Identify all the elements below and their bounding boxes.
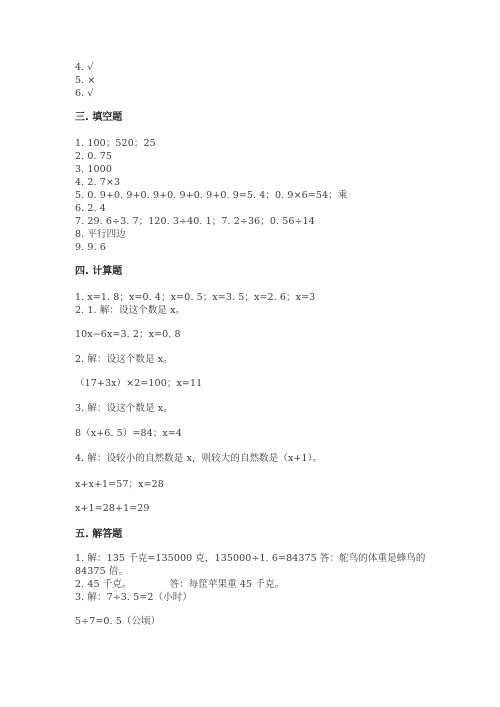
calc-line-3: 10x−6x=3. 2；x=0. 8	[75, 328, 181, 341]
fill-answer-3: 3. 1000	[75, 163, 112, 176]
word-problem-line-2: 84375 倍。	[75, 565, 128, 578]
calc-line-8: 4. 解：设较小的自然数是 x，则较大的自然数是（x+1）。	[75, 452, 322, 465]
calc-line-6: 3. 解：设这个数是 x。	[75, 402, 173, 415]
judgement-answer-6: 6. √	[75, 87, 94, 100]
calc-line-2: 2. 1. 解：设这个数是 x。	[75, 304, 185, 317]
fill-answer-9: 9. 9. 6	[75, 241, 106, 254]
section-heading-word-problems: 五. 解答题	[75, 528, 122, 541]
word-problem-2-answer: 2. 45 千克。	[75, 579, 132, 590]
calc-line-7: 8（x+6. 5）=84；x=4	[75, 427, 182, 440]
fill-answer-8: 8. 平行四边	[75, 228, 126, 241]
section-heading-calculation: 四. 计算题	[75, 265, 122, 278]
calc-line-1: 1. x=1. 8；x=0. 4；x=0. 5；x=3. 5；x=2. 6；x=…	[75, 291, 315, 304]
fill-answer-5: 5. 0. 9+0. 9+0. 9+0. 9+0. 9+0. 9=5. 4；0.…	[75, 189, 347, 202]
judgement-answer-4: 4. √	[75, 61, 94, 74]
section-heading-fill-blanks: 三. 填空题	[75, 111, 122, 124]
word-problem-line-4: 3. 解：7÷3. 5=2（小时）	[75, 591, 192, 604]
calc-line-4: 2. 解：设这个数是 x。	[75, 353, 173, 366]
fill-answer-7: 7. 29. 6÷3. 7；120. 3÷40. 1；7. 2÷36；0. 56…	[75, 215, 315, 228]
fill-answer-1: 1. 100；520；25	[75, 137, 156, 150]
answer-key-page: 4. √ 5. × 6. √ 三. 填空题 1. 100；520；25 2. 0…	[0, 0, 500, 707]
word-problem-line-5: 5÷7=0. 5（公顷）	[75, 615, 160, 628]
word-problem-2-conclusion: 答：每筐苹果重 45 千克。	[170, 579, 285, 590]
calc-line-9: x+x+1=57；x=28	[75, 478, 164, 491]
calc-line-10: x+1=28+1=29	[75, 502, 150, 515]
fill-answer-6: 6. 2. 4	[75, 202, 106, 215]
word-problem-line-1: 1. 解：135 千克=135000 克，135000÷1. 6=84375 答…	[75, 552, 426, 565]
fill-answer-2: 2. 0. 75	[75, 150, 112, 163]
fill-answer-4: 4. 2. 7×3	[75, 176, 120, 189]
word-problem-line-3: 2. 45 千克。答：每筐苹果重 45 千克。	[75, 578, 284, 591]
calc-line-5: （17+3x）×2=100；x=11	[75, 377, 202, 390]
judgement-answer-5: 5. ×	[75, 74, 95, 87]
